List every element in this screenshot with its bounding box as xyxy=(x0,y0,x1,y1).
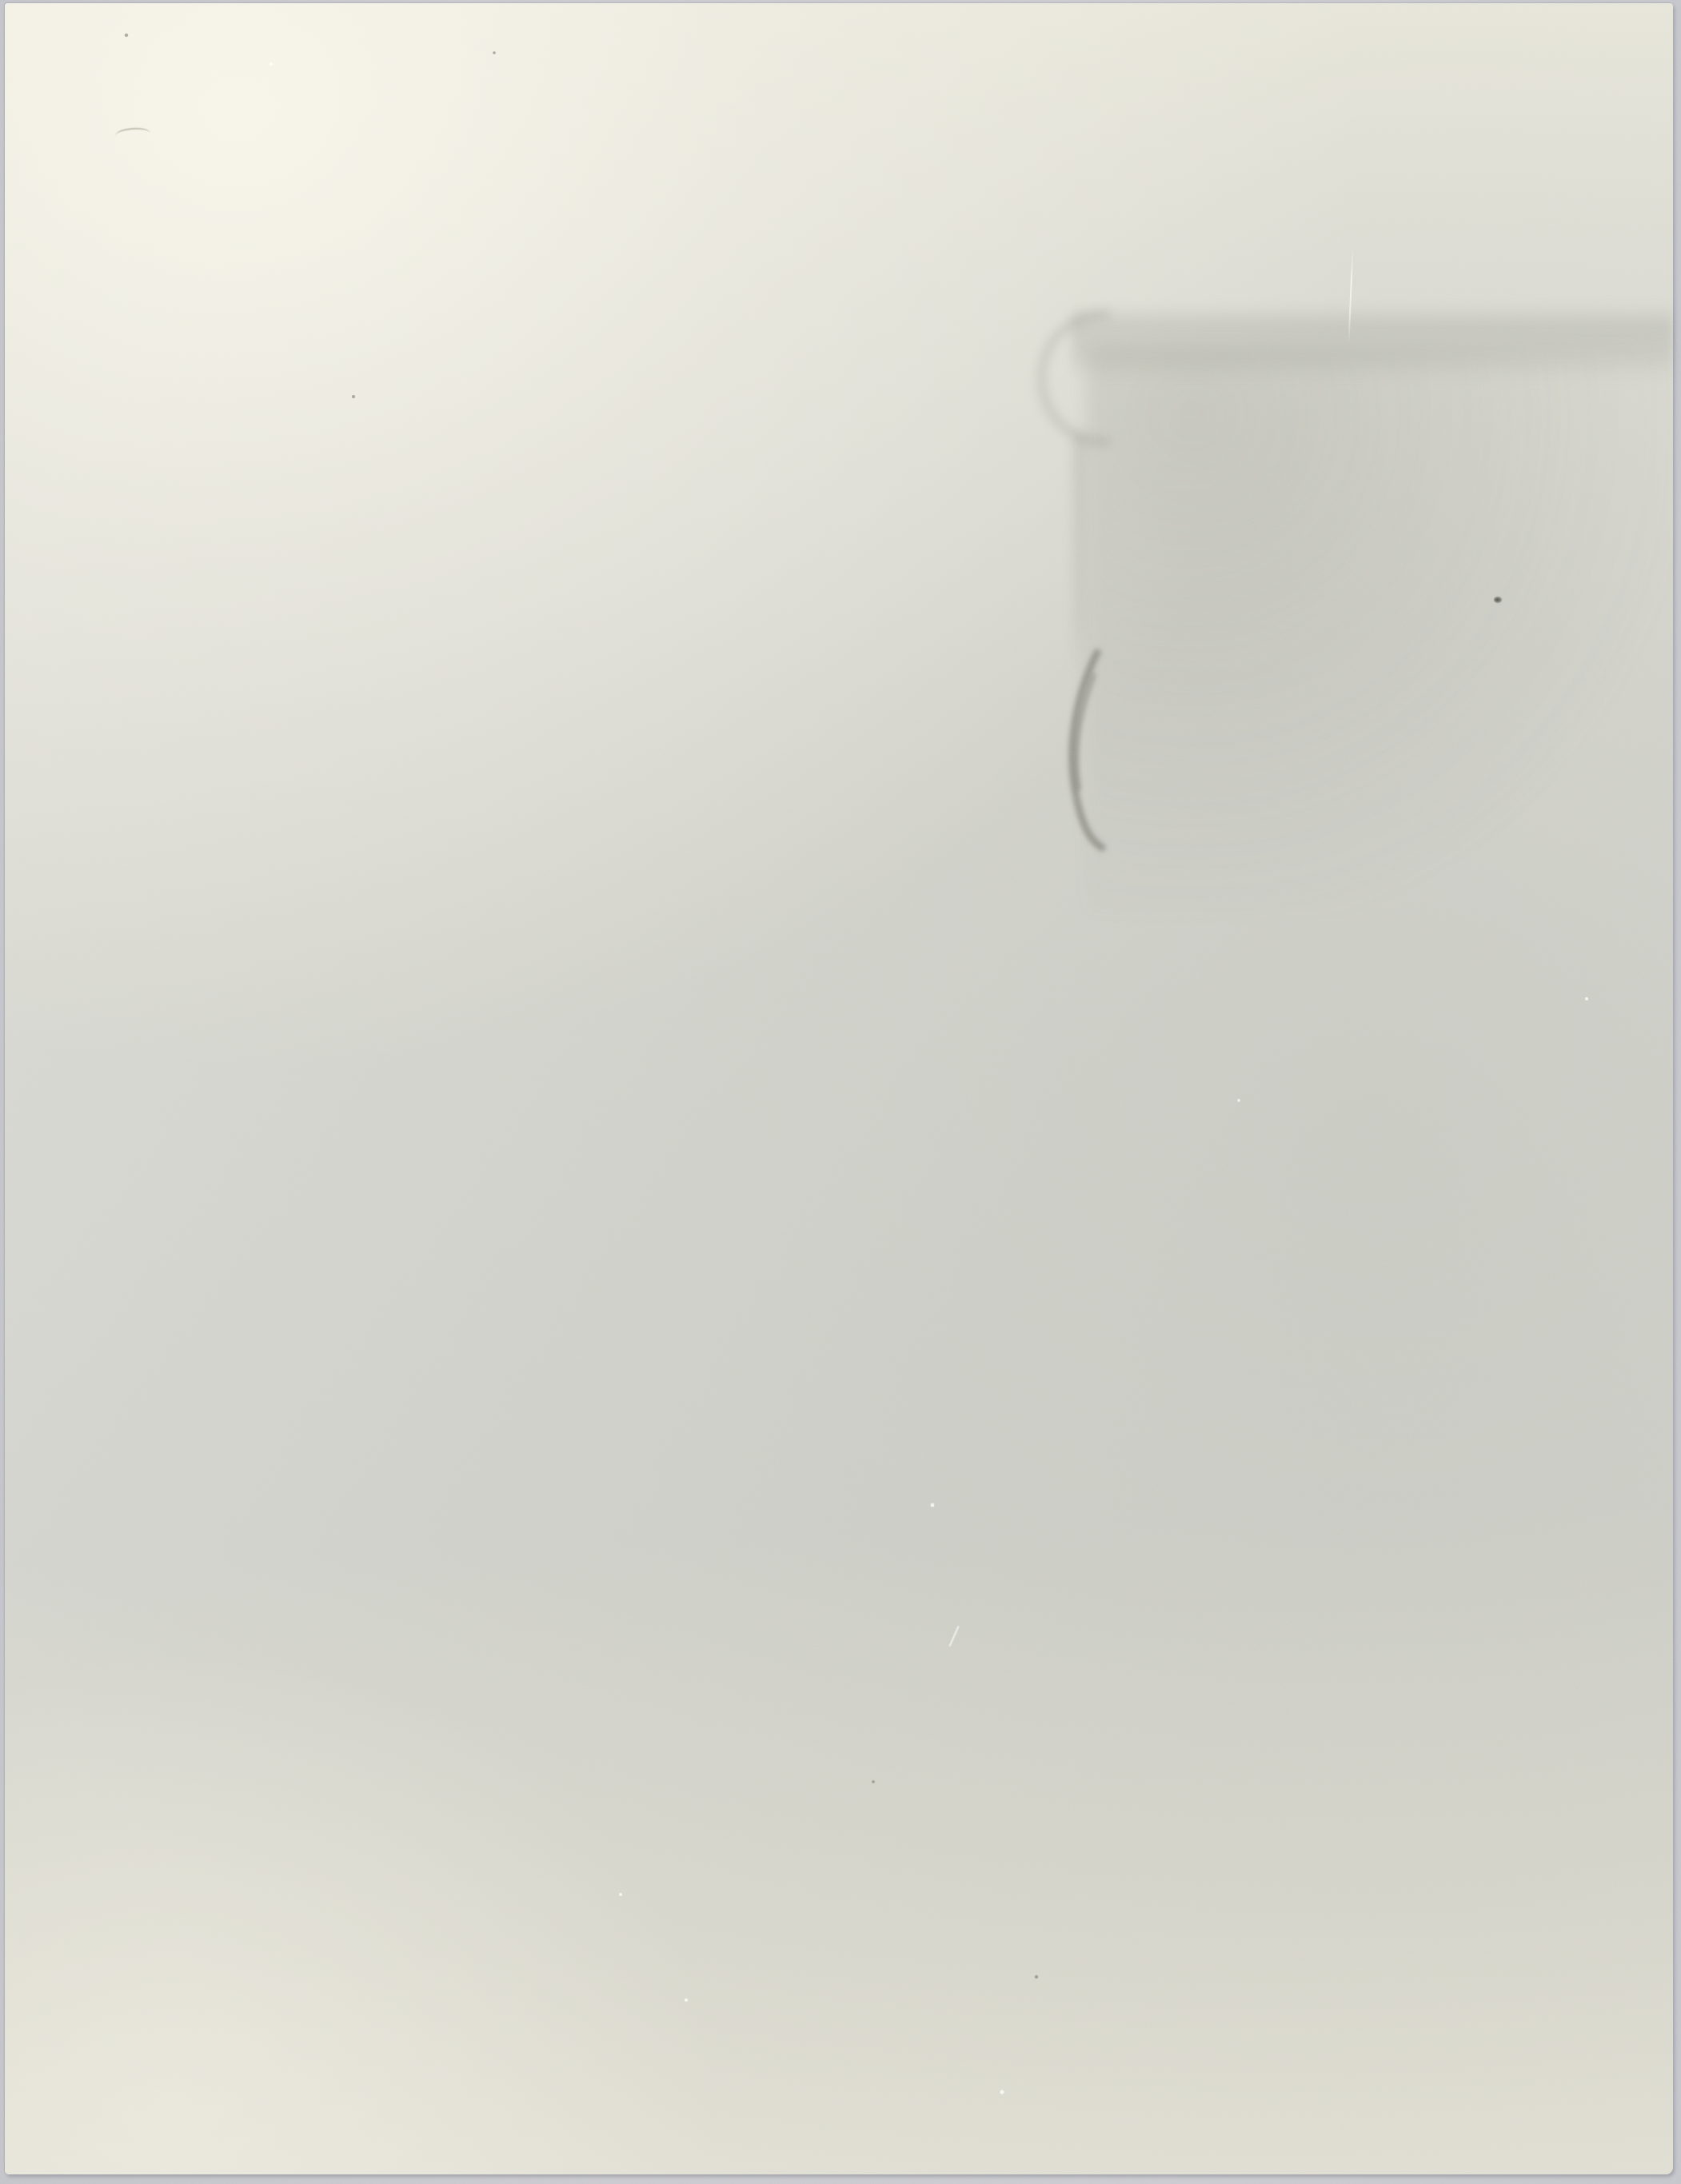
fiber-hair xyxy=(114,126,150,143)
dark-speck xyxy=(1494,597,1502,603)
imprint-top-band xyxy=(1072,304,1673,381)
photo-paper xyxy=(5,3,1673,2174)
scratch-hairline-diagonal xyxy=(948,1626,959,1647)
dust-specks xyxy=(5,3,1673,2174)
crescent-mark xyxy=(5,3,1673,2174)
imprint-vertical-edge xyxy=(1073,433,1086,678)
imprint-rounded-tab xyxy=(1037,310,1109,446)
imprint-wash-shadow xyxy=(1086,347,1673,915)
scratch-hairline-vertical xyxy=(1348,248,1353,344)
scanned-photo xyxy=(0,0,1681,2184)
